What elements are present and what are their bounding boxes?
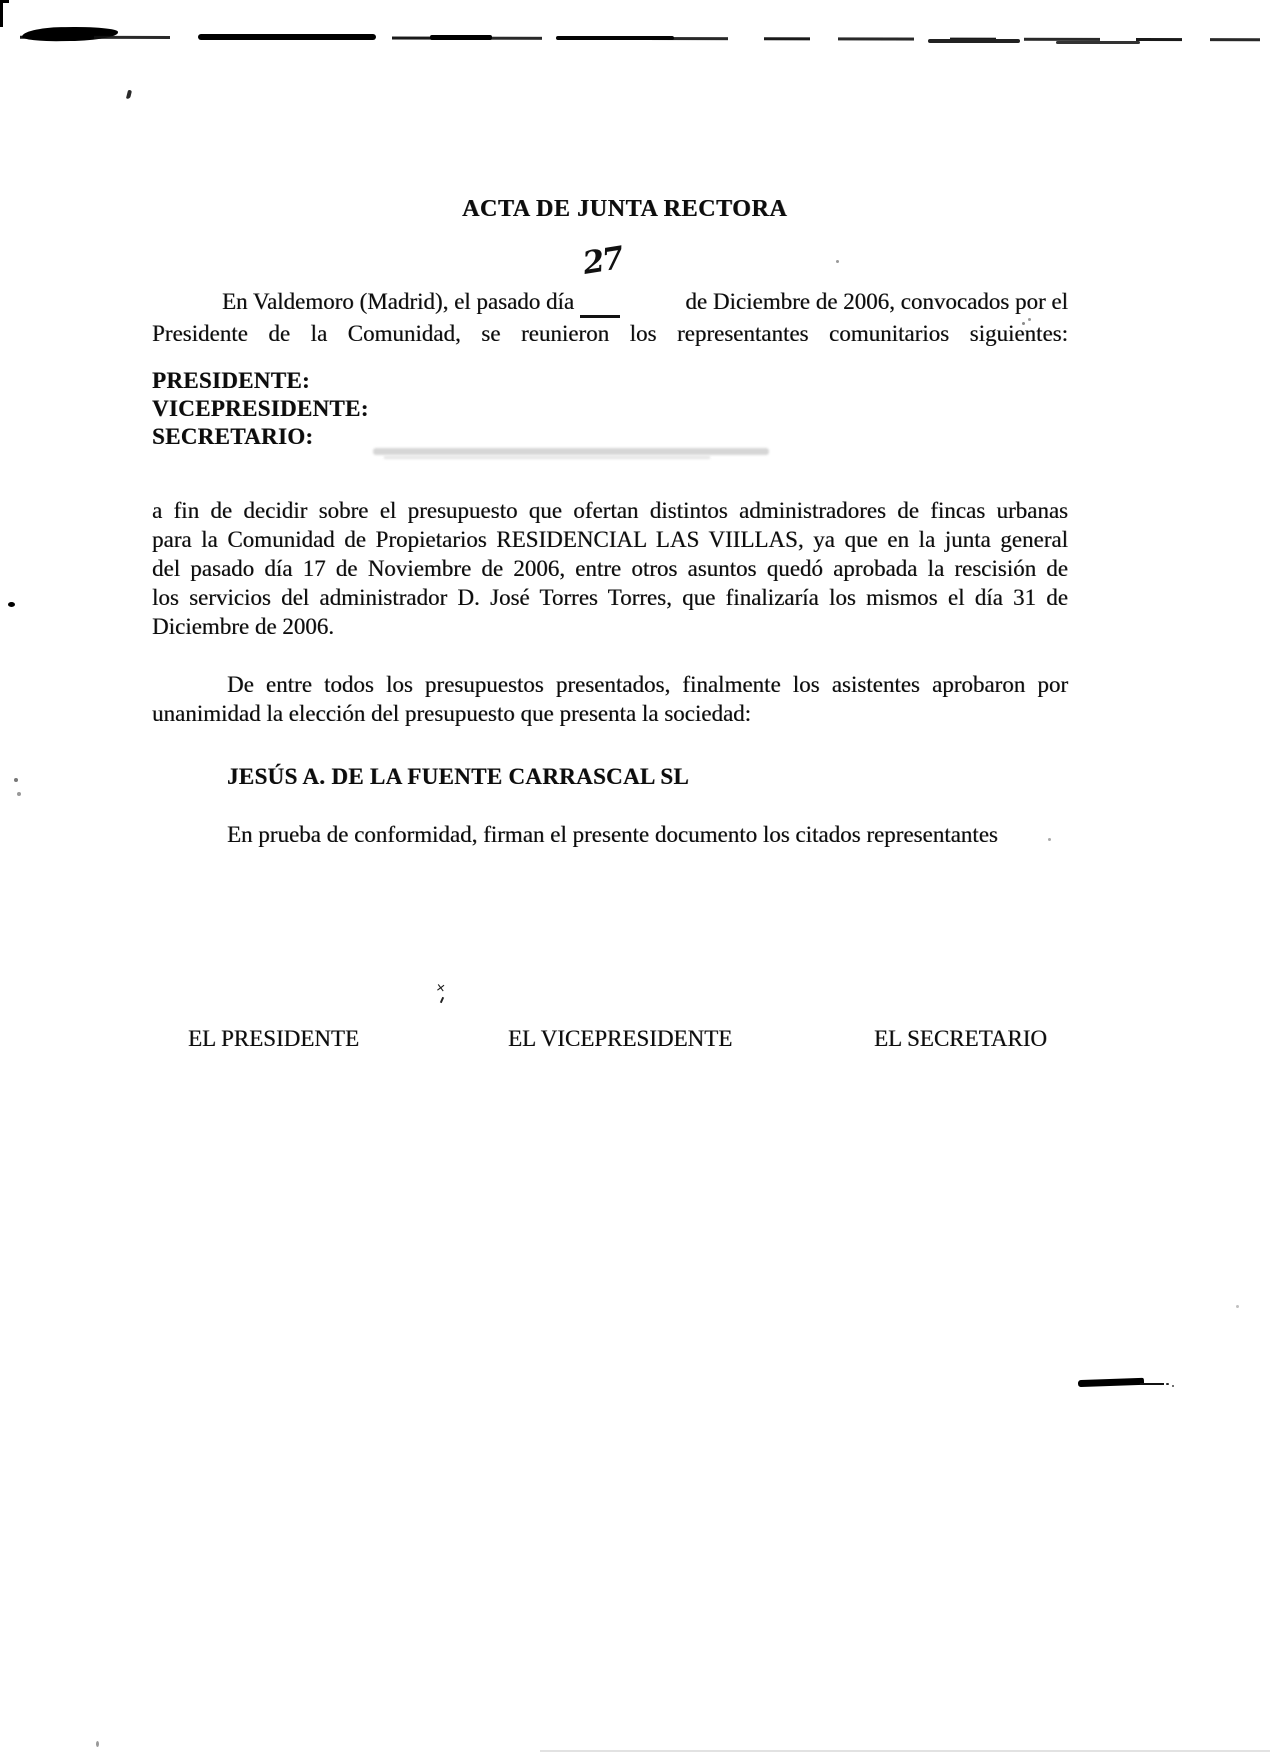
- intro-line1-left: En Valdemoro (Madrid), el pasado día: [222, 287, 574, 316]
- scan-artifact-segment: [556, 36, 674, 40]
- handwritten-day: 27: [581, 243, 625, 280]
- scan-corner-mark-horizontal: [0, 0, 9, 3]
- body-paragraph2-line1: a fin de decidir sobre el presupuesto qu…: [152, 496, 1068, 525]
- faded-redacted-text-line: [384, 456, 710, 459]
- scan-x-mark-tail: [440, 997, 444, 1003]
- signature-label-presidente: EL PRESIDENTE: [188, 1024, 359, 1053]
- scan-speck: [1166, 1383, 1169, 1385]
- scan-speck: [1172, 1385, 1174, 1387]
- scan-speck: [1022, 322, 1025, 325]
- scan-artifact-blob: [22, 26, 118, 42]
- scan-artifact-segment: [430, 35, 492, 40]
- signature-label-secretario: EL SECRETARIO: [874, 1024, 1047, 1053]
- officer-label-vicepresidente: VICEPRESIDENTE:: [152, 394, 369, 423]
- scan-speck: [1028, 318, 1031, 321]
- scan-artifact-dash-tail: [1140, 1383, 1164, 1385]
- signature-label-vicepresidente: EL VICEPRESIDENTE: [508, 1024, 732, 1053]
- body-paragraph2-line4: los servicios del administrador D. José …: [152, 583, 1068, 612]
- intro-line1-right: de Diciembre de 2006, convocados por el: [685, 287, 1068, 316]
- scan-speck: [17, 792, 21, 796]
- day-blank-underline: [580, 315, 620, 318]
- body-paragraph3-line2: unanimidad la elección del presupuesto q…: [152, 699, 751, 728]
- officer-label-presidente: PRESIDENTE:: [152, 366, 310, 395]
- closing-paragraph: En prueba de conformidad, firman el pres…: [227, 820, 998, 849]
- scan-corner-mark-vertical: [0, 0, 3, 27]
- scan-bottom-hairline: [540, 1750, 1270, 1752]
- officer-label-secretario: SECRETARIO:: [152, 422, 313, 451]
- scan-x-mark: ×: [435, 980, 446, 997]
- faded-redacted-text-line: [373, 448, 769, 455]
- company-name: JESÚS A. DE LA FUENTE CARRASCAL SL: [227, 762, 689, 791]
- scanned-document-page: { "page": { "background": "#ffffff", "in…: [0, 0, 1275, 1755]
- body-paragraph2-line5: Diciembre de 2006.: [152, 612, 334, 641]
- body-paragraph2-line3: del pasado día 17 de Noviembre de 2006, …: [152, 554, 1068, 583]
- scan-artifact-dash: [1078, 1378, 1144, 1387]
- scan-speck: [1236, 1305, 1239, 1308]
- scan-speck: [1048, 838, 1051, 841]
- body-paragraph2-line2: para la Comunidad de Propietarios RESIDE…: [152, 525, 1068, 554]
- scan-speck: [8, 602, 15, 607]
- scan-speck: [126, 90, 132, 100]
- document-title: ACTA DE JUNTA RECTORA: [462, 195, 787, 224]
- scan-artifact-segment: [1056, 41, 1140, 44]
- intro-line2: Presidente de la Comunidad, se reunieron…: [152, 319, 1068, 348]
- scan-artifact-segment: [198, 34, 376, 40]
- scan-speck: [836, 260, 839, 263]
- scan-artifact-segment: [928, 39, 1020, 43]
- body-paragraph3-line1: De entre todos los presupuestos presenta…: [152, 670, 1068, 699]
- scan-speck: [96, 1741, 99, 1747]
- scan-speck: [14, 778, 18, 782]
